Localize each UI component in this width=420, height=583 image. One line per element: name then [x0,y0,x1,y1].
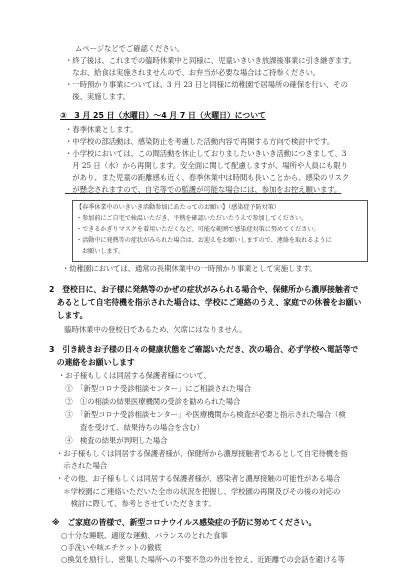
note-heading: ※ ご家庭の皆様で、新型コロナウイルス感染症の予防に努めてください。 [52,518,316,528]
note-item: ○手洗いや咳エチケットの徹底 [61,543,161,553]
note-item: ○十分な睡眠、適度な運動、バランスのとれた食事 [61,531,228,541]
text-line: ・小学校においては、この間活動を休止しておりましたいきいき活動につきまして、3 [65,149,346,159]
text-line: ・幼稚園においては、通常の長期休業中の一時預かり事業として実施します。 [62,264,317,274]
section-2-heading: します。 [49,311,87,321]
text-line: 示された場合 [56,461,107,471]
text-line: ③ 「新型コロナ受診相談センター」や医療機関から検査が必要と指示された場合（検 [58,410,346,420]
notice-title-note: （感染症予防対策） [228,204,280,211]
notice-line: ・できるかぎりマスクを着用いただくなど、可能な範囲で感染症対策に努めてください。 [76,225,320,235]
text-line: ムページなどでご確認ください。 [75,44,184,54]
text-line: 後、実施します。 [65,92,130,102]
notice-line: ・参加前にご自宅で検温いただき、平熱を確認いただいたうえで参加してください。 [76,214,307,224]
section-2-heading: 2 登校日に、お子様に発熱等のかぜの症状がみられる場合や、保健所から濃厚接触者で [49,285,358,295]
text-line: ・お子様もしくは同居する保護者様について、 [58,371,211,381]
text-line: ④ 検査の結果が判明した場合 [58,436,167,446]
text-line: ・終了後は、これまでの臨時休業中と同様に、児童いきいき放課後事業に引き継ぎます。 [65,56,356,66]
notice-line: お願いします。 [76,247,124,257]
text-line: があり、また児童の距離感も近く、春季休業中は時間も長いことから、感染のリスク [65,173,349,183]
text-line: なお、給食は実施されませんので、お弁当が必要な場合はご持参ください。 [65,68,320,78]
text-line: ・一時預かり事業については、3 月 23 日と同様に幼稚園で居場所の確保を行い、… [65,80,348,90]
text-line: 検討に際して、参考とさせていただきます。 [56,499,216,509]
notice-box-title: 【春季休業中のいきいき活動参加にあたってのお願い】（感染症予防対策） [76,203,280,213]
note-item: ○換気を励行し、密集した場所への不要不急の外出を控え、近距離での会話を避ける等 [61,555,345,565]
text-line: ・お子様もしくは同居する保護者様が、保健所から濃厚接触者であるとして自宅待機を指 [56,449,348,459]
notice-line: ・活動中に発熱等の症状がみられた場合は、お迎えをお願いしますので、連絡を取れるよ… [76,236,332,246]
section-2-heading: あるとして自宅待機を指示された場合は、学校にご連絡のうえ、家庭での休養をお願い [49,298,361,308]
text-line: ・その他、お子様もしくは同居する保護者様が、感染者と濃厚接触の可能性がある場合 [56,474,340,484]
section-3-heading: 3 引き続きお子様の日々の健康状態をご確認いただき、次の場合、必ず学校へ電話等で [49,345,358,355]
section-3-heading: の連絡をお願いします [49,358,135,368]
text-line: ・中学校の部活動は、感染防止を考慮した活動内容で再開する方向で検討中です。 [65,137,334,147]
text-line: ① 「新型コロナ受診相談センター」にご相談された場合 [58,384,251,394]
text-line: ・春季休業とします。 [65,125,137,135]
notice-title: 【春季休業中のいきいき活動参加にあたってのお願い】 [76,204,228,211]
section-heading-period: ③ 3 月 25 日（水曜日）～4 月 7 日（火曜日）について [60,111,266,121]
text-line: ＊学校園にご連絡いただいた全市の状況を把握し、学校園の再開及びその後の対応の [56,487,340,497]
text-line: 臨時休業中の登校日であるため、欠席にはなりません。 [57,325,247,335]
text-line: 査を受けて、結果待ちの場合を含む） [58,423,204,433]
document-page: ムページなどでご確認ください。 ・終了後は、これまでの臨時休業中と同様に、児童い… [0,0,420,583]
text-line: 月 25 日（水）から再開します。安全面に関して配慮しますが、場所や人員にも限り [65,161,348,171]
text-line: が懸念されますので、自宅等での監護が可能な場合には、参加をお控え願います。 [65,185,341,195]
text-line: ② ①の相談の結果医療機関の受診を勧められた場合 [58,397,240,407]
